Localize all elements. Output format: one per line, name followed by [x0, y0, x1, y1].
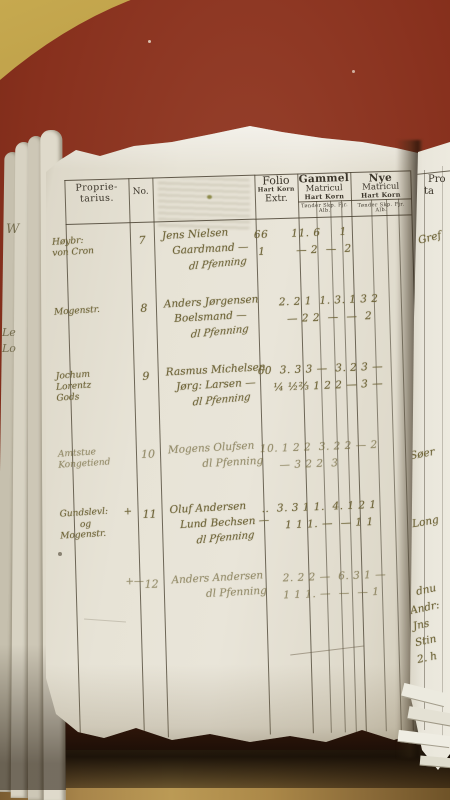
table-rule — [442, 166, 443, 746]
header-no: No. — [129, 188, 153, 198]
right-page-handwriting: Søer — [409, 446, 435, 462]
hartkorn-figures: 10. 1 2 2 3. 2 2 — 2 — [260, 439, 378, 455]
name-entry: Anders Jørgensen — [164, 293, 259, 310]
proprietarius-entry: Mogenstr. — [60, 527, 142, 542]
table-row: +— 12 Anders Andersen dl Pfenning 2. 2 2… — [75, 566, 423, 648]
dust-speck — [352, 70, 355, 73]
name-entry: Jørg: Larsen — — [176, 377, 256, 393]
right-page-handwriting: Jns — [412, 617, 431, 632]
row-number: 11 — [138, 507, 162, 521]
row-number: 9 — [134, 369, 158, 383]
hartkorn-figures: — 3 2 2 3 — [260, 457, 338, 472]
row-number: 12 — [139, 577, 163, 591]
name-entry: dl Pfenning — [192, 392, 251, 409]
right-header-proprietarius: Pro — [428, 174, 446, 185]
header-folio: Extr. — [255, 193, 298, 204]
table-row: Gundslevl: og Mogenstr. + 11 Oluf Anders… — [73, 496, 421, 578]
proprietarius-entry: Mogenstr. — [54, 303, 136, 318]
header-proprietarius: tarius. — [65, 193, 129, 204]
header-gammel-matricul: Hart Korn — [298, 193, 351, 201]
name-entry: dl Pfenning — [196, 530, 255, 547]
hartkorn-figures: 2. 2 2 — 6. 3 1 — — [263, 569, 386, 585]
name-entry: Anders Andersen — [171, 569, 263, 586]
ink-blot — [207, 195, 212, 199]
dust-speck — [148, 40, 151, 43]
row-number: 10 — [136, 447, 160, 461]
name-entry: Mogens Olufsen — [168, 440, 255, 457]
name-entry: Gaardmand — — [172, 241, 249, 257]
ledger-left-page: Proprie- tarius. No. Folio Hart Korn Ext… — [44, 120, 418, 754]
hartkorn-figures: .. 3. 3 1 1. 4. 1 2 1 — [261, 499, 376, 515]
row-mark: + — [123, 506, 132, 517]
right-page-handwriting: Long — [411, 514, 439, 530]
hartkorn-figures: 1 1 1. — — — 1 — [264, 586, 380, 602]
name-entry: Oluf Andersen — [169, 500, 246, 516]
row-number: 7 — [130, 234, 154, 248]
right-page-handwriting: dnu — [415, 582, 437, 598]
right-page-handwriting: Gref — [417, 229, 443, 246]
ink-blot — [58, 552, 62, 556]
name-entry: Lund Bechsen — — [180, 514, 270, 531]
name-entry: dl Pfenning — [202, 455, 264, 470]
row-number: 8 — [132, 301, 156, 315]
hartkorn-figures: 60 3. 3 3 — 3. 2 3 — — [258, 361, 384, 378]
right-page-handwriting: Stin — [414, 633, 438, 649]
hartkorn-figures: 1 — 2 — 2 — [254, 243, 352, 259]
hartkorn-figures: ¼ ½⅔ 1 2 2 — 3 — — [258, 378, 383, 395]
right-header-proprietarius: ta — [424, 186, 434, 197]
table-row: Jochum Lorentz Gods 9 Rasmus Michelsen J… — [70, 358, 418, 440]
hartkorn-figures: — 2 2 — — 2 — [256, 310, 372, 326]
name-entry: dl Pfenning — [190, 324, 249, 341]
name-entry: Jens Nielsen — [162, 227, 229, 243]
photo-ledger-book: W Le Lo Propri — [0, 0, 450, 800]
name-entry: Boelsmand — — [174, 309, 247, 325]
header-units-gammel: Tønder Skp. Fjr. Alb. — [298, 203, 351, 214]
name-entry: dl Pfenning — [206, 585, 268, 600]
name-entry: dl Pfenning — [188, 256, 247, 273]
header-proprietarius: Proprie- — [64, 182, 128, 193]
right-page-handwriting: 2. h — [416, 650, 438, 666]
hartkorn-figures: 1 1 1. — — 1 1 — [262, 516, 374, 532]
hartkorn-figures: 2. 2 1 1. 3. 1 3 2 — [256, 293, 379, 309]
ledger-table: Proprie- tarius. No. Folio Hart Korn Ext… — [64, 158, 430, 748]
hartkorn-figures: 66 11. 6 1 — [254, 226, 347, 241]
